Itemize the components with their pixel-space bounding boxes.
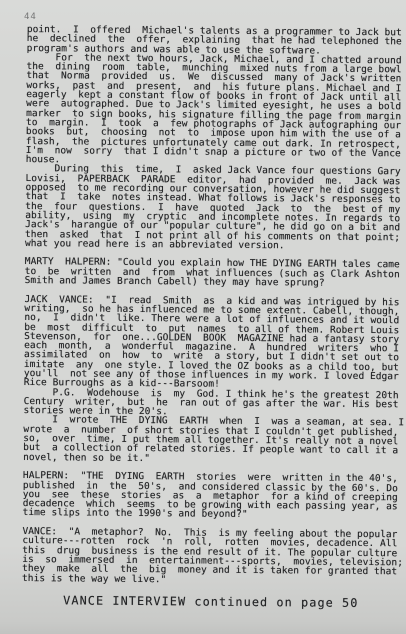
continuation-note: VANCE INTERVIEW continued on page 50 bbox=[22, 593, 400, 610]
interview-body-text: point. I offered Michael's talents as a … bbox=[22, 25, 406, 586]
page-number: 44 bbox=[24, 12, 37, 22]
page-content: point. I offered Michael's talents as a … bbox=[22, 25, 406, 610]
scanned-fanzine-page: 44 point. I offered Michael's talents as… bbox=[0, 0, 406, 634]
